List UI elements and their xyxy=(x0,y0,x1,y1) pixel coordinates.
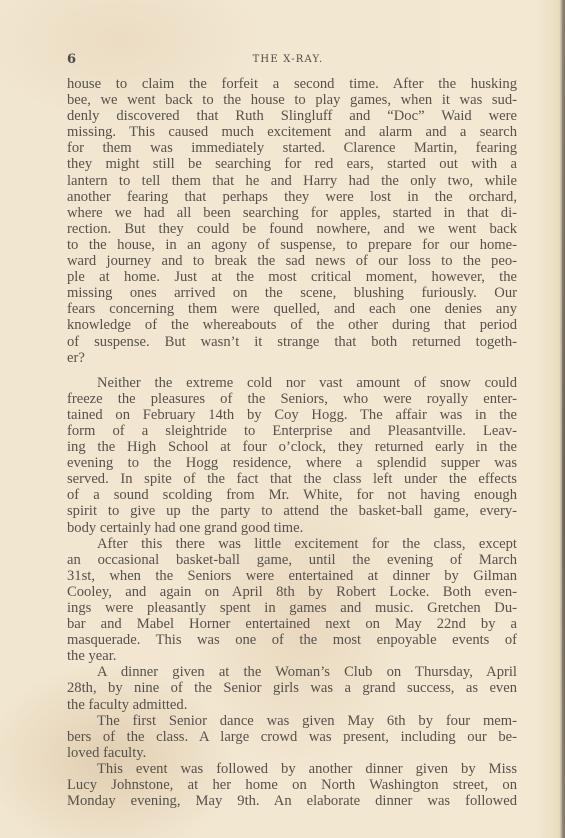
text-line: After this there was little excitement f… xyxy=(67,536,517,552)
text-line: missing ones arrived on the scene, blush… xyxy=(67,285,517,301)
text-line: tained on February 14th by Coy Hogg. The… xyxy=(67,407,517,423)
text-line: rection. But they could be found nowhere… xyxy=(67,221,517,237)
text-line: where we had all been searching for appl… xyxy=(67,205,517,221)
text-line: fears concerning them were quelled, and … xyxy=(67,301,517,317)
text-line: bers of the class. A large crowd was pre… xyxy=(67,729,517,745)
text-line: loved faculty. xyxy=(67,745,517,761)
text-line: ward journey and to break the sad news o… xyxy=(67,253,517,269)
paragraph: The first Senior dance was given May 6th… xyxy=(67,713,517,761)
text-line: ple at home. Just at the most critical m… xyxy=(67,269,517,285)
text-line: for them was immediately started. Claren… xyxy=(67,140,517,156)
paragraph: A dinner given at the Woman’s Club on Th… xyxy=(67,664,517,712)
paragraph: house to claim the forfeit a second time… xyxy=(67,76,517,366)
text-line: freeze the pleasures of the Seniors, who… xyxy=(67,391,517,407)
scanned-page: 6 THE X-RAY. house to claim the forfeit … xyxy=(0,0,565,838)
text-line: Monday evening, May 9th. An elaborate di… xyxy=(67,793,517,809)
text-line: body certainly had one grand good time. xyxy=(67,520,517,536)
text-line: an occasional basket-ball game, until th… xyxy=(67,552,517,568)
text-line: 28th, by nine of the Senior girls was a … xyxy=(67,680,517,696)
text-line: lantern to tell them that he and Harry h… xyxy=(67,173,517,189)
text-line: house to claim the forfeit a second time… xyxy=(67,76,517,92)
text-line: denly discovered that Ruth Slingluff and… xyxy=(67,108,517,124)
text-line: The first Senior dance was given May 6th… xyxy=(67,713,517,729)
text-line: the faculty admitted. xyxy=(67,697,517,713)
body-text: house to claim the forfeit a second time… xyxy=(67,76,517,809)
paragraph: This event was followed by another dinne… xyxy=(67,761,517,809)
text-line: Neither the extreme cold nor vast amount… xyxy=(67,375,517,391)
text-line: spirit to give up the party to attend th… xyxy=(67,503,517,519)
paragraph-gap xyxy=(67,366,517,375)
paragraph: Neither the extreme cold nor vast amount… xyxy=(67,375,517,536)
text-line: er? xyxy=(67,350,517,366)
text-line: another fearing that perhaps they were l… xyxy=(67,189,517,205)
text-line: 31st, when the Seniors were entertained … xyxy=(67,568,517,584)
journal-title: THE X-RAY. xyxy=(67,54,509,65)
text-line: masquerade. This was one of the most enp… xyxy=(67,632,517,648)
text-line: form of a sleightride to Enterprise and … xyxy=(67,423,517,439)
text-line: ing the High School at four o’clock, the… xyxy=(67,439,517,455)
text-line: knowledge of the whereabouts of the othe… xyxy=(67,317,517,333)
text-line: Lucy Johnstone, at her home on North Was… xyxy=(67,777,517,793)
text-line: Cooley, and again on April 8th by Robert… xyxy=(67,584,517,600)
text-line: bar and Mabel Horner entertained next on… xyxy=(67,616,517,632)
text-line: of suspense. But wasn’t it strange that … xyxy=(67,334,517,350)
text-line: to the house, in an agony of suspense, t… xyxy=(67,237,517,253)
text-line: missing. This caused much excitement and… xyxy=(67,124,517,140)
text-line: This event was followed by another dinne… xyxy=(67,761,517,777)
text-line: of a sound scolding from Mr. White, for … xyxy=(67,487,517,503)
text-line: served. In spite of the fact that the cl… xyxy=(67,471,517,487)
text-line: they might still be searching for red ea… xyxy=(67,156,517,172)
text-line: ings were pleasantly spent in games and … xyxy=(67,600,517,616)
paragraph: After this there was little excitement f… xyxy=(67,536,517,665)
running-head: 6 THE X-RAY. xyxy=(67,52,509,68)
text-line: A dinner given at the Woman’s Club on Th… xyxy=(67,664,517,680)
text-line: bee, we went back to the house to play g… xyxy=(67,92,517,108)
text-line: the year. xyxy=(67,648,517,664)
text-line: evening to the Hogg residence, where a s… xyxy=(67,455,517,471)
